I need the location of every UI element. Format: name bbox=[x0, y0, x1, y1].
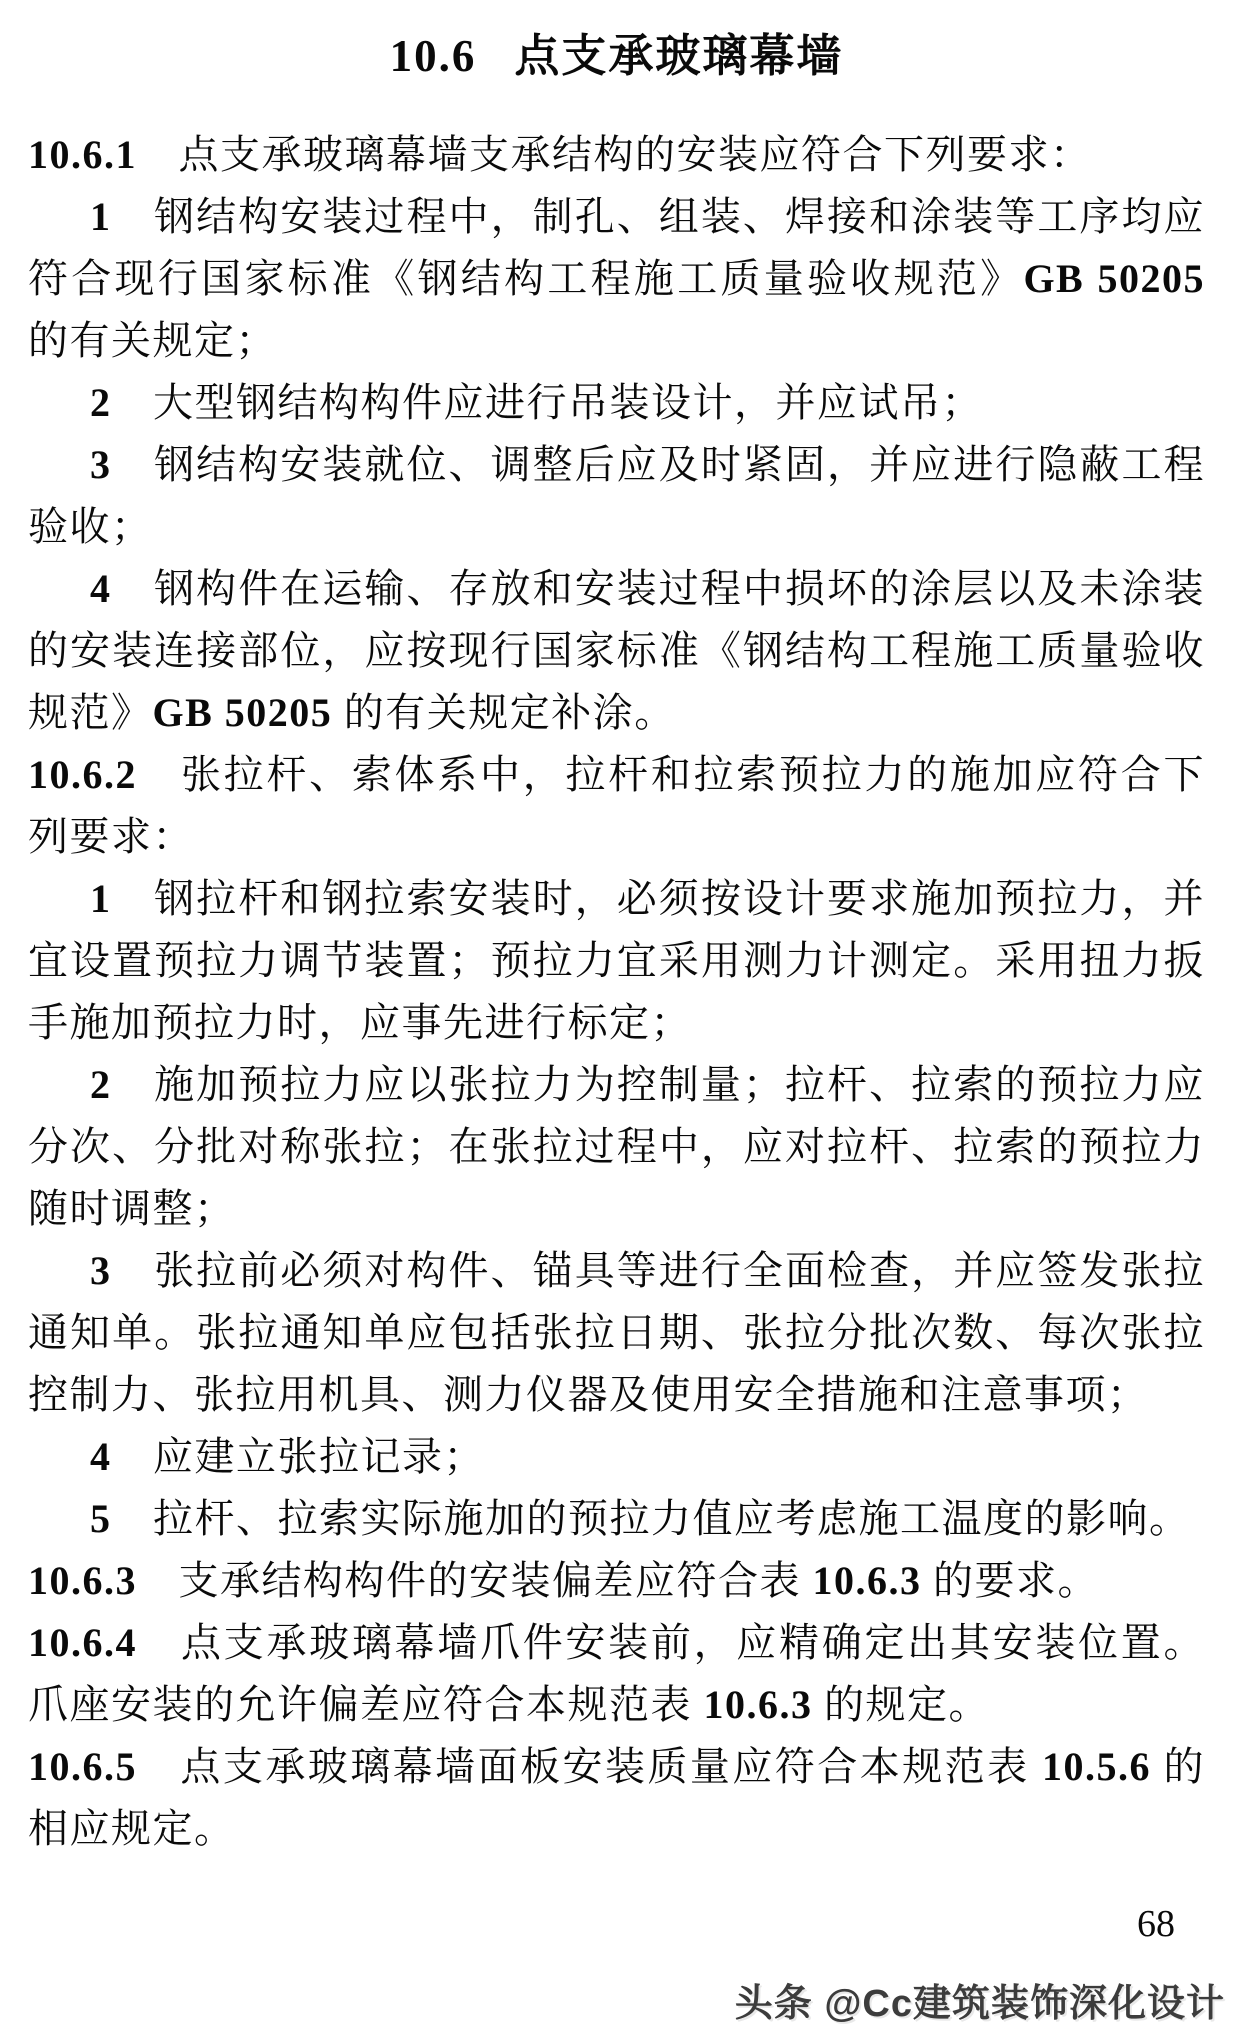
clause-10-6-2-item-5: 5 拉杆、拉索实际施加的预拉力值应考虑施工温度的影响。 bbox=[28, 1488, 1205, 1550]
text-segment: 点支承玻璃幕墙支承结构的安装应符合下列要求： bbox=[137, 132, 1092, 177]
bold-text-segment: 10.5.6 bbox=[1042, 1744, 1151, 1789]
text-segment: 钢结构安装就位、调整后应及时紧固，并应进行隐蔽工程验收； bbox=[28, 442, 1205, 549]
bold-text-segment: GB 50205 bbox=[153, 690, 333, 735]
section-heading-text: 点支承玻璃幕墙 bbox=[514, 31, 843, 81]
text-segment: 的要求。 bbox=[922, 1558, 1100, 1603]
bold-text-segment: 10.6.1 bbox=[28, 132, 137, 177]
text-segment: 支承结构构件的安装偏差应符合表 bbox=[137, 1558, 813, 1603]
bold-text-segment: 10.6.4 bbox=[28, 1620, 137, 1665]
bold-text-segment: 10.6.3 bbox=[704, 1682, 813, 1727]
clause-10-6-5: 10.6.5 点支承玻璃幕墙面板安装质量应符合本规范表 10.5.6 的相应规定… bbox=[28, 1736, 1205, 1860]
bold-text-segment: 3 bbox=[90, 1248, 112, 1293]
text-segment: 大型钢结构构件应进行吊装设计，并应试吊； bbox=[112, 380, 984, 425]
text-segment: 的有关规定； bbox=[28, 318, 277, 363]
document-page: 10.6点支承玻璃幕墙 10.6.1 点支承玻璃幕墙支承结构的安装应符合下列要求… bbox=[0, 0, 1233, 2039]
text-segment: 钢拉杆和钢拉索安装时，必须按设计要求施加预拉力，并宜设置预拉力调节装置；预拉力宜… bbox=[28, 876, 1205, 1045]
document-body: 10.6.1 点支承玻璃幕墙支承结构的安装应符合下列要求：1 钢结构安装过程中，… bbox=[28, 124, 1205, 1860]
bold-text-segment: 2 bbox=[90, 1062, 112, 1107]
clause-10-6-1-item-3: 3 钢结构安装就位、调整后应及时紧固，并应进行隐蔽工程验收； bbox=[28, 434, 1205, 558]
text-segment: 点支承玻璃幕墙面板安装质量应符合本规范表 bbox=[137, 1744, 1042, 1789]
text-segment: 应建立张拉记录； bbox=[112, 1434, 486, 1479]
bold-text-segment: 1 bbox=[90, 876, 112, 921]
bold-text-segment: 1 bbox=[90, 194, 112, 239]
clause-10-6-1-item-2: 2 大型钢结构构件应进行吊装设计，并应试吊； bbox=[28, 372, 1205, 434]
bold-text-segment: 2 bbox=[90, 380, 112, 425]
clause-10-6-1-item-1: 1 钢结构安装过程中，制孔、组装、焊接和涂装等工序均应符合现行国家标准《钢结构工… bbox=[28, 186, 1205, 372]
bold-text-segment: 4 bbox=[90, 1434, 112, 1479]
bold-text-segment: GB 50205 bbox=[1023, 256, 1205, 301]
watermark-text: 头条 @Cc建筑装饰深化设计 bbox=[735, 1980, 1225, 2028]
clause-10-6-3: 10.6.3 支承结构构件的安装偏差应符合表 10.6.3 的要求。 bbox=[28, 1550, 1205, 1612]
text-segment: 施加预拉力应以张拉力为控制量；拉杆、拉索的预拉力应分次、分批对称张拉；在张拉过程… bbox=[28, 1062, 1205, 1231]
clause-10-6-2-item-4: 4 应建立张拉记录； bbox=[28, 1426, 1205, 1488]
text-segment: 张拉杆、索体系中，拉杆和拉索预拉力的施加应符合下列要求： bbox=[28, 752, 1205, 859]
bold-text-segment: 10.6.5 bbox=[28, 1744, 137, 1789]
clause-10-6-2-item-2: 2 施加预拉力应以张拉力为控制量；拉杆、拉索的预拉力应分次、分批对称张拉；在张拉… bbox=[28, 1054, 1205, 1240]
text-segment: 拉杆、拉索实际施加的预拉力值应考虑施工温度的影响。 bbox=[112, 1496, 1191, 1541]
clause-10-6-1-item-4: 4 钢构件在运输、存放和安装过程中损坏的涂层以及未涂装的安装连接部位，应按现行国… bbox=[28, 558, 1205, 744]
clause-10-6-2-item-3: 3 张拉前必须对构件、锚具等进行全面检查，并应签发张拉通知单。张拉通知单应包括张… bbox=[28, 1240, 1205, 1426]
clause-10-6-4: 10.6.4 点支承玻璃幕墙爪件安装前，应精确定出其安装位置。爪座安装的允许偏差… bbox=[28, 1612, 1205, 1736]
text-segment: 点支承玻璃幕墙爪件安装前，应精确定出其安装位置。爪座安装的允许偏差应符合本规范表 bbox=[28, 1620, 1205, 1727]
clause-10-6-1: 10.6.1 点支承玻璃幕墙支承结构的安装应符合下列要求： bbox=[28, 124, 1205, 186]
text-segment: 张拉前必须对构件、锚具等进行全面检查，并应签发张拉通知单。张拉通知单应包括张拉日… bbox=[28, 1248, 1205, 1417]
section-heading: 10.6点支承玻璃幕墙 bbox=[28, 26, 1205, 86]
bold-text-segment: 10.6.3 bbox=[813, 1558, 922, 1603]
bold-text-segment: 10.6.2 bbox=[28, 752, 137, 797]
bold-text-segment: 10.6.3 bbox=[28, 1558, 137, 1603]
text-segment: 的有关规定补涂。 bbox=[332, 690, 676, 735]
clause-10-6-2-item-1: 1 钢拉杆和钢拉索安装时，必须按设计要求施加预拉力，并宜设置预拉力调节装置；预拉… bbox=[28, 868, 1205, 1054]
clause-10-6-2: 10.6.2 张拉杆、索体系中，拉杆和拉索预拉力的施加应符合下列要求： bbox=[28, 744, 1205, 868]
text-segment: 的规定。 bbox=[813, 1682, 991, 1727]
bold-text-segment: 5 bbox=[90, 1496, 112, 1541]
bold-text-segment: 4 bbox=[90, 566, 112, 611]
bold-text-segment: 3 bbox=[90, 442, 112, 487]
section-heading-number: 10.6 bbox=[390, 31, 477, 81]
page-number: 68 bbox=[1137, 1902, 1175, 1946]
